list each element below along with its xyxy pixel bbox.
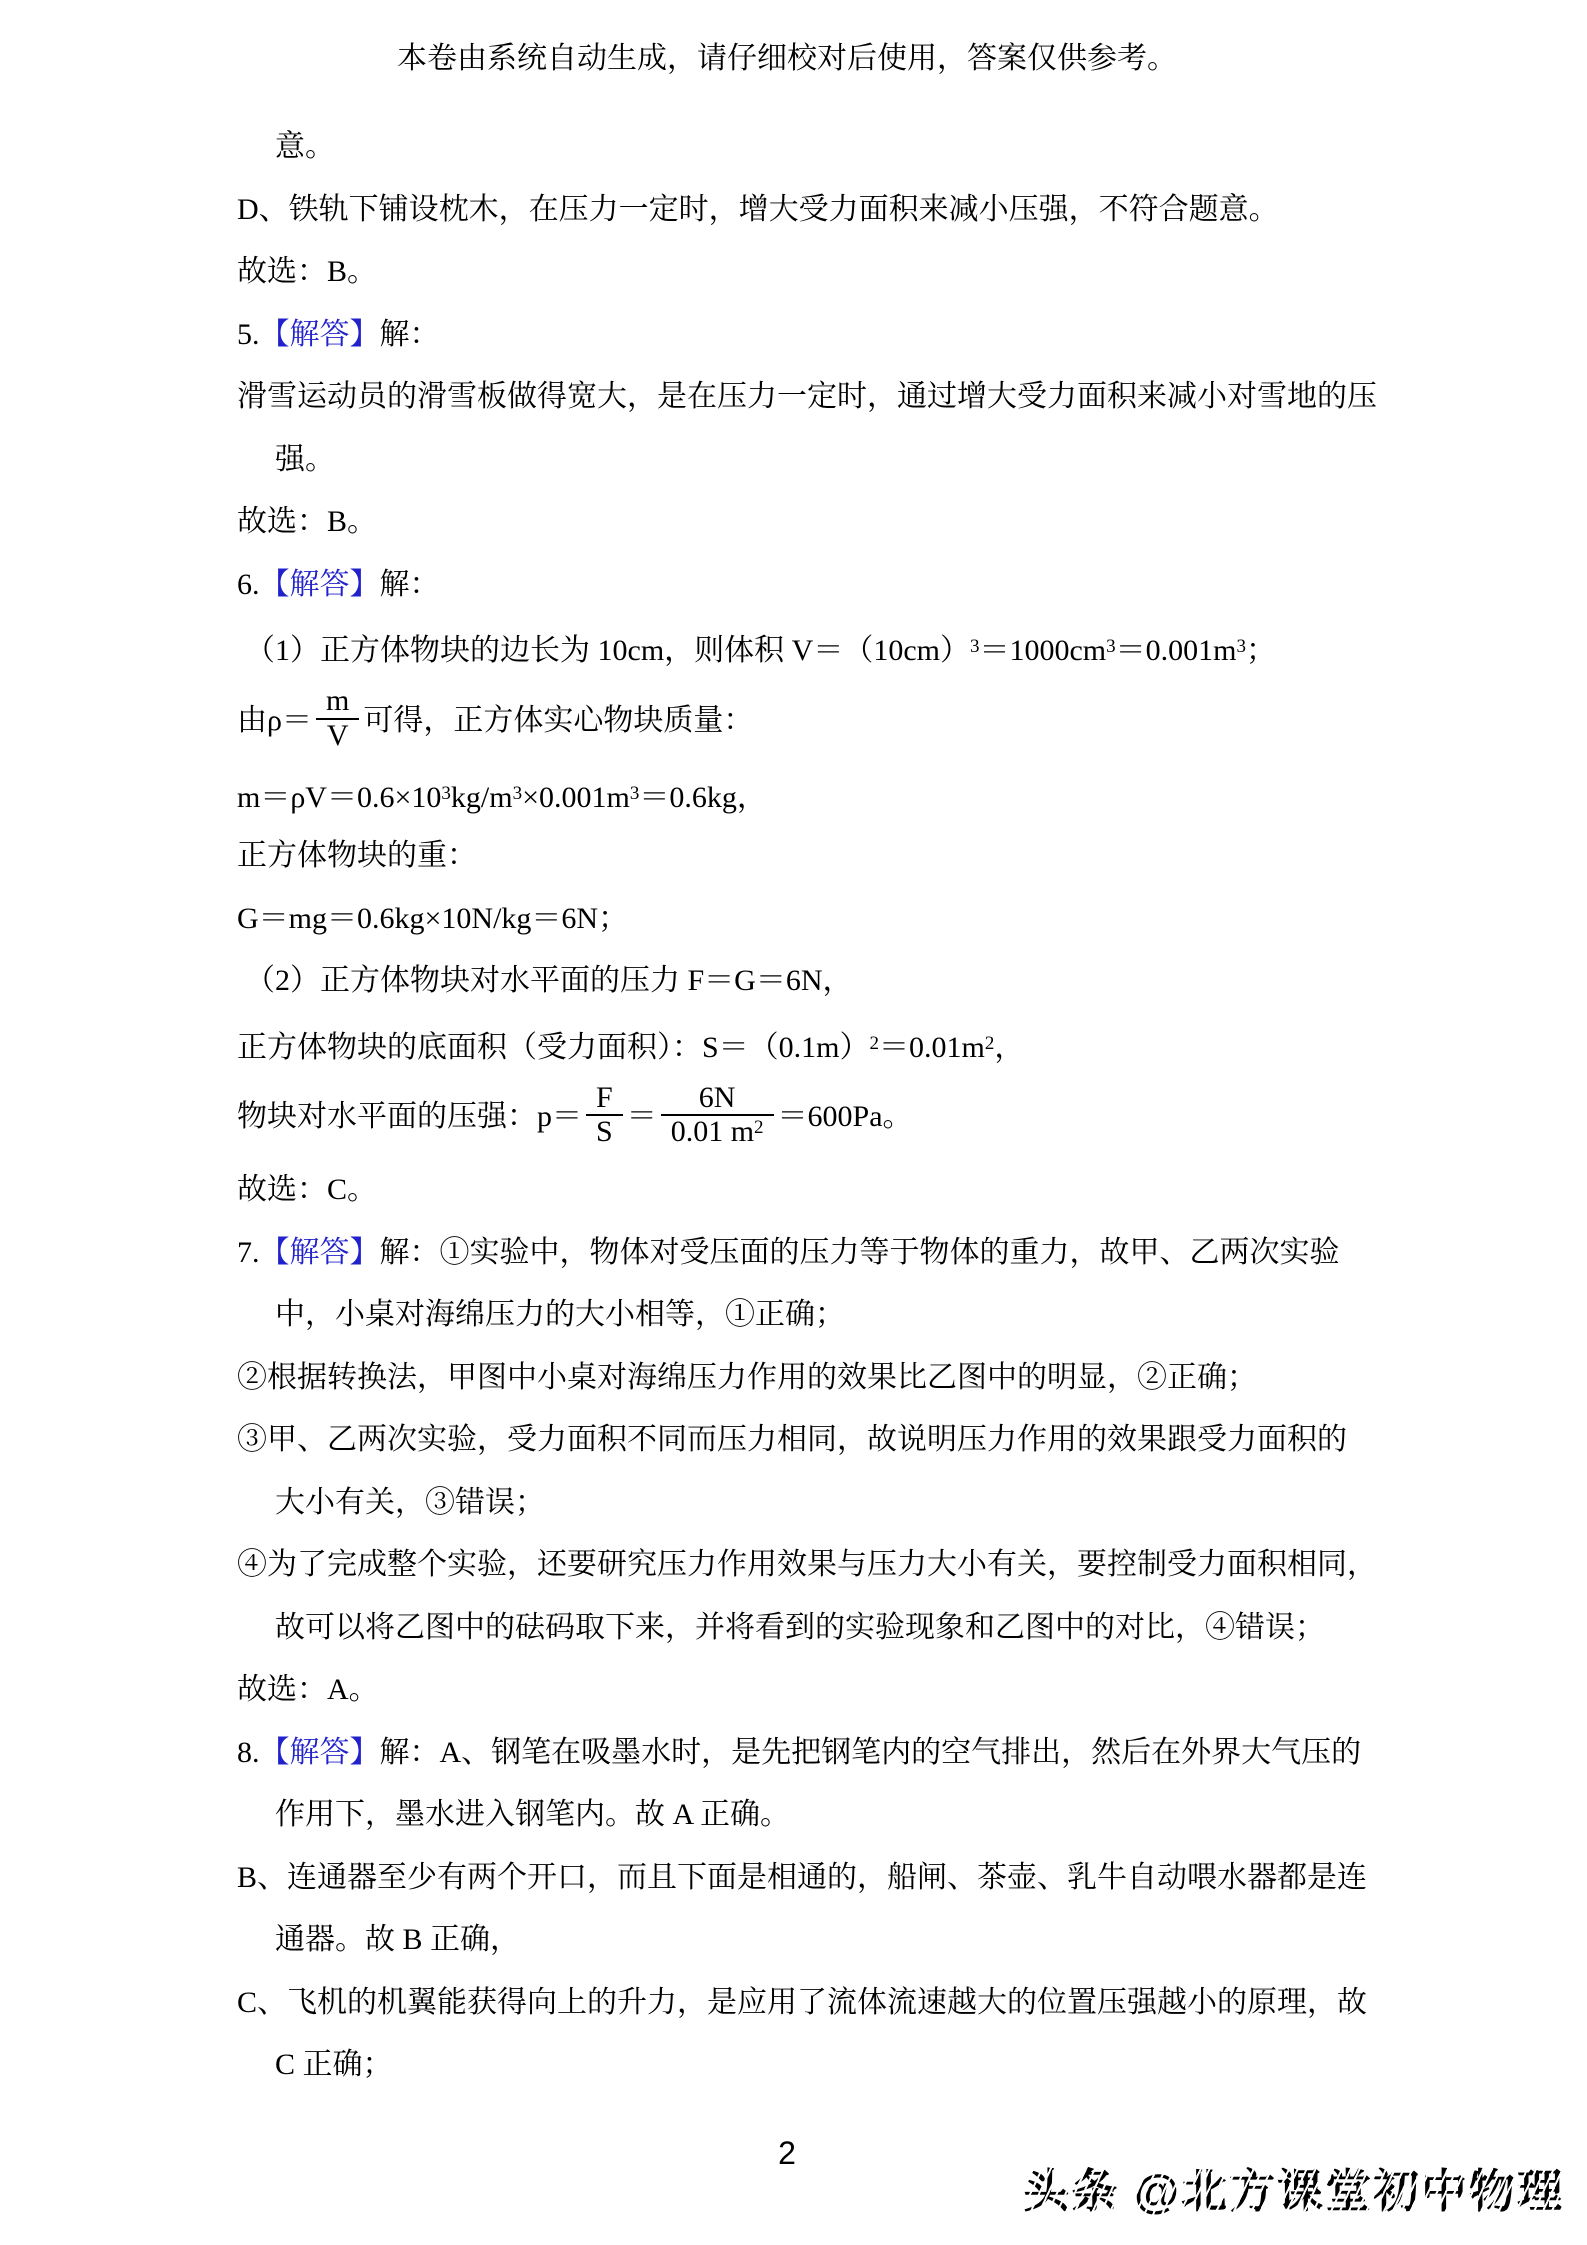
text-run: kg/m [451, 781, 513, 814]
text-run: 物块对水平面的压强：p＝ [237, 1100, 582, 1133]
fraction-numerator: F [586, 1082, 623, 1116]
superscript: 2 [754, 1117, 764, 1138]
answer-tag: 【解答】 [260, 1736, 380, 1769]
text-run: 意。 [275, 130, 335, 163]
answer-line: 故选：A。 [237, 1659, 1342, 1722]
text-run: ④为了完成整个实验，还要研究压力作用效果与压力大小有关，要控制受力面积相同， [237, 1548, 1377, 1581]
text-run: 故选：A。 [237, 1673, 379, 1706]
answer-line: m＝ρV＝0.6×103kg/m3×0.001m3＝0.6kg， [237, 763, 1342, 826]
answer-line: G＝mg＝0.6kg×10N/kg＝6N； [237, 888, 1342, 951]
text-run: ＝0.6kg， [639, 781, 767, 814]
answer-line: D、铁轨下铺设枕木，在压力一定时，增大受力面积来减小压强，不符合题意。 [237, 179, 1342, 242]
text-run: 强。 [275, 443, 335, 476]
answer-line: 正方体物块的重： [237, 825, 1342, 888]
text-run: 0.01 m [671, 1115, 754, 1148]
text-run: ③甲、乙两次实验，受力面积不同而压力相同，故说明压力作用的效果跟受力面积的 [237, 1423, 1347, 1456]
answer-line: 故选：C。 [237, 1159, 1342, 1222]
text-run: 可得，正方体实心物块质量： [363, 704, 753, 737]
text-run: 6N [699, 1081, 736, 1114]
text-run: ； [1246, 634, 1276, 667]
text-run: B、连通器至少有两个开口，而且下面是相通的，船闸、茶壶、乳牛自动喂水器都是连 [237, 1861, 1367, 1894]
text-run: 滑雪运动员的滑雪板做得宽大，是在压力一定时，通过增大受力面积来减小对雪地的压 [237, 380, 1377, 413]
answer-line: 8.【解答】解：A、钢笔在吸墨水时，是先把钢笔内的空气排出，然后在外界大气压的 [237, 1722, 1342, 1785]
superscript: 2 [985, 1033, 995, 1054]
text-run: C 正确； [275, 2048, 393, 2081]
text-run: 解：①实验中，物体对受压面的压力等于物体的重力，故甲、乙两次实验 [380, 1236, 1340, 1269]
answer-line: 大小有关，③错误； [237, 1472, 1342, 1535]
answer-line: 意。 [237, 116, 1342, 179]
text-run: （2）正方体物块对水平面的压力 F＝G＝6N， [245, 964, 853, 997]
fraction: mV [316, 685, 359, 752]
answer-line: （1）正方体物块的边长为 10cm，则体积 V＝（10cm）3＝1000cm3＝… [237, 616, 1342, 679]
watermark: 头条 @北方课堂初中物理 [1023, 2155, 1565, 2221]
fraction: 6N0.01 m2 [661, 1082, 774, 1149]
text-run: 解： [380, 568, 440, 601]
answer-line: 故选：B。 [237, 491, 1342, 554]
answer-line: ④为了完成整个实验，还要研究压力作用效果与压力大小有关，要控制受力面积相同， [237, 1534, 1342, 1597]
text-run: ×0.001m [522, 781, 630, 814]
text-run: ②根据转换法，甲图中小桌对海绵压力作用的效果比乙图中的明显，②正确； [237, 1361, 1257, 1394]
text-run: 故选：B。 [237, 505, 377, 538]
answer-line: 作用下，墨水进入钢笔内。故 A 正确。 [237, 1784, 1342, 1847]
text-run: 故选：C。 [237, 1173, 377, 1206]
text-run: 通器。故 B 正确， [275, 1923, 520, 1956]
answer-tag: 【解答】 [260, 318, 380, 351]
answer-line: 中，小桌对海绵压力的大小相等，①正确； [237, 1284, 1342, 1347]
text-run: 解：A、钢笔在吸墨水时，是先把钢笔内的空气排出，然后在外界大气压的 [380, 1736, 1362, 1769]
answer-line: C 正确； [237, 2034, 1342, 2097]
fraction-denominator: S [586, 1116, 623, 1148]
text-run: S [596, 1115, 613, 1148]
answer-tag: 【解答】 [260, 1236, 380, 1269]
text-run: m＝ρV＝0.6×10 [237, 781, 441, 814]
text-run: m [326, 684, 349, 717]
answer-tag: 【解答】 [260, 568, 380, 601]
superscript: 3 [630, 783, 640, 804]
text-run: 故选：B。 [237, 255, 377, 288]
text-run: ， [994, 1031, 1024, 1064]
text-run: D、铁轨下铺设枕木，在压力一定时，增大受力面积来减小压强，不符合题意。 [237, 193, 1279, 226]
answer-line: 7.【解答】解：①实验中，物体对受压面的压力等于物体的重力，故甲、乙两次实验 [237, 1222, 1342, 1285]
answer-line: ②根据转换法，甲图中小桌对海绵压力作用的效果比乙图中的明显，②正确； [237, 1347, 1342, 1410]
text-run: 中，小桌对海绵压力的大小相等，①正确； [275, 1298, 845, 1331]
answer-line: B、连通器至少有两个开口，而且下面是相通的，船闸、茶壶、乳牛自动喂水器都是连 [237, 1847, 1342, 1910]
superscript: 3 [1236, 636, 1246, 657]
answer-line: 物块对水平面的压强：p＝FS＝6N0.01 m2＝600Pa。 [237, 1075, 1342, 1159]
text-run: ＝0.01m [879, 1031, 985, 1064]
text-run: V [327, 719, 349, 752]
text-run: 8. [237, 1736, 260, 1769]
text-run: 故可以将乙图中的砝码取下来，并将看到的实验现象和乙图中的对比，④错误； [275, 1611, 1325, 1644]
text-run: 5. [237, 318, 260, 351]
answer-line: C、飞机的机翼能获得向上的升力，是应用了流体流速越大的位置压强越小的原理，故 [237, 1972, 1342, 2035]
answer-line: ③甲、乙两次实验，受力面积不同而压力相同，故说明压力作用的效果跟受力面积的 [237, 1409, 1342, 1472]
answer-line: 通器。故 B 正确， [237, 1909, 1342, 1972]
fraction-denominator: 0.01 m2 [661, 1116, 774, 1148]
answer-line: 故可以将乙图中的砝码取下来，并将看到的实验现象和乙图中的对比，④错误； [237, 1597, 1342, 1660]
answer-line: 5.【解答】解： [237, 304, 1342, 367]
text-run: 6. [237, 568, 260, 601]
text-run: 大小有关，③错误； [275, 1486, 545, 1519]
answer-line: 强。 [237, 429, 1342, 492]
answer-line: 由ρ＝mV可得，正方体实心物块质量： [237, 679, 1342, 763]
answer-line: 故选：B。 [237, 241, 1342, 304]
text-run: 作用下，墨水进入钢笔内。故 A 正确。 [275, 1798, 790, 1831]
text-run: G＝mg＝0.6kg×10N/kg＝6N； [237, 902, 628, 935]
text-run: 由ρ＝ [237, 704, 312, 737]
text-run: C、飞机的机翼能获得向上的升力，是应用了流体流速越大的位置压强越小的原理，故 [237, 1986, 1367, 2019]
header-note: 本卷由系统自动生成，请仔细校对后使用，答案仅供参考。 [237, 28, 1337, 90]
answer-line: 滑雪运动员的滑雪板做得宽大，是在压力一定时，通过增大受力面积来减小对雪地的压 [237, 366, 1342, 429]
fraction-numerator: 6N [661, 1082, 774, 1116]
fraction-numerator: m [316, 685, 359, 719]
superscript: 3 [1106, 636, 1116, 657]
text-run: ＝600Pa。 [778, 1100, 913, 1133]
superscript: 3 [441, 783, 451, 804]
document-page: { "page": { "header": "本卷由系统自动生成，请仔细校对后使… [0, 0, 1587, 2245]
text-run: ＝ [627, 1100, 657, 1133]
text-run: ＝0.001m [1116, 634, 1237, 667]
text-run: （1）正方体物块的边长为 10cm，则体积 V＝（10cm） [245, 634, 970, 667]
superscript: 2 [870, 1033, 880, 1054]
document-body: 意。D、铁轨下铺设枕木，在压力一定时，增大受力面积来减小压强，不符合题意。故选：… [237, 116, 1342, 2097]
superscript: 3 [513, 783, 523, 804]
text-run: 7. [237, 1236, 260, 1269]
answer-line: 正方体物块的底面积（受力面积）：S＝（0.1m）2＝0.01m2， [237, 1013, 1342, 1076]
fraction: FS [586, 1082, 623, 1149]
answer-line: （2）正方体物块对水平面的压力 F＝G＝6N， [237, 950, 1342, 1013]
text-run: ＝1000cm [979, 634, 1106, 667]
text-run: F [596, 1081, 613, 1114]
answer-line: 6.【解答】解： [237, 554, 1342, 617]
fraction-denominator: V [316, 720, 359, 752]
text-run: 正方体物块的重： [237, 839, 477, 872]
text-run: 正方体物块的底面积（受力面积）：S＝（0.1m） [237, 1031, 870, 1064]
text-run: 解： [380, 318, 440, 351]
